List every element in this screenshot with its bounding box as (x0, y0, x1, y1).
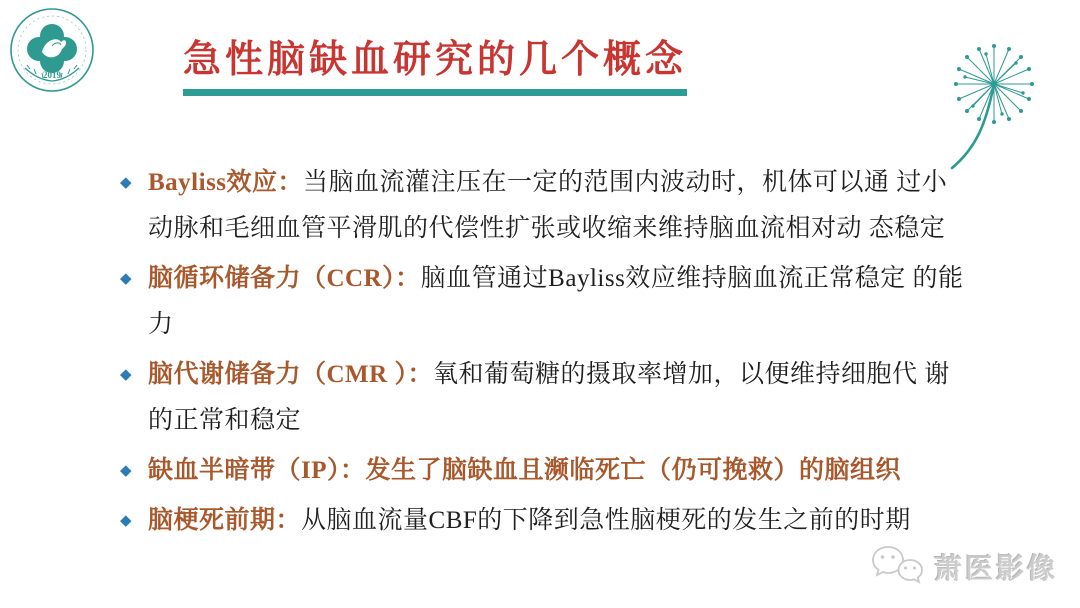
bullet-term: 脑梗死前期： (148, 507, 301, 534)
hospital-emblem-icon: 2019 (8, 6, 96, 94)
title-block: 急性脑缺血研究的几个概念 (183, 38, 687, 96)
presentation-slide: 2019 急性脑缺血研究的几个概念 (0, 0, 1080, 608)
bullet-list: ◆Bayliss效应：当脑血流灌注压在一定的范围内波动时，机体可以通 过小动脉和… (120, 160, 968, 548)
bullet-term: Bayliss效应： (148, 169, 303, 196)
bullet-item-bayliss: ◆Bayliss效应：当脑血流灌注压在一定的范围内波动时，机体可以通 过小动脉和… (120, 160, 968, 252)
bullet-item-pre-infarction: ◆脑梗死前期：从脑血流量CBF的下降到急性脑梗死的发生之前的时期 (120, 498, 968, 544)
bullet-item-ip: ◆缺血半暗带（IP）：发生了脑缺血且濒临死亡（仍可挽救）的脑组织 (120, 448, 968, 494)
logo-year: 2019 (43, 70, 62, 80)
bullet-item-cmr: ◆脑代谢储备力（CMR ）：氧和葡萄糖的摄取率增加，以便维持细胞代 谢的正常和稳… (120, 352, 968, 444)
watermark: 萧医影像 (870, 544, 1058, 590)
diamond-bullet-icon: ◆ (120, 352, 132, 398)
wechat-icon (870, 544, 926, 590)
bullet-text: 发生了脑缺血且濒临死亡（仍可挽救）的脑组织 (366, 457, 902, 484)
diamond-bullet-icon: ◆ (120, 160, 132, 206)
page-title: 急性脑缺血研究的几个概念 (183, 38, 687, 96)
diamond-bullet-icon: ◆ (120, 498, 132, 544)
bullet-term: 脑代谢储备力（CMR ）： (148, 361, 433, 388)
bullet-item-ccr: ◆脑循环储备力（CCR）：脑血管通过Bayliss效应维持脑血流正常稳定 的能力 (120, 256, 968, 348)
bullet-term: 缺血半暗带（IP）： (148, 457, 366, 484)
bullet-text: 从脑血流量CBF的下降到急性脑梗死的发生之前的时期 (301, 507, 911, 534)
dandelion-icon (932, 32, 1056, 176)
diamond-bullet-icon: ◆ (120, 256, 132, 302)
bullet-term: 脑循环储备力（CCR）： (148, 265, 421, 292)
watermark-text: 萧医影像 (934, 547, 1058, 587)
diamond-bullet-icon: ◆ (120, 448, 132, 494)
